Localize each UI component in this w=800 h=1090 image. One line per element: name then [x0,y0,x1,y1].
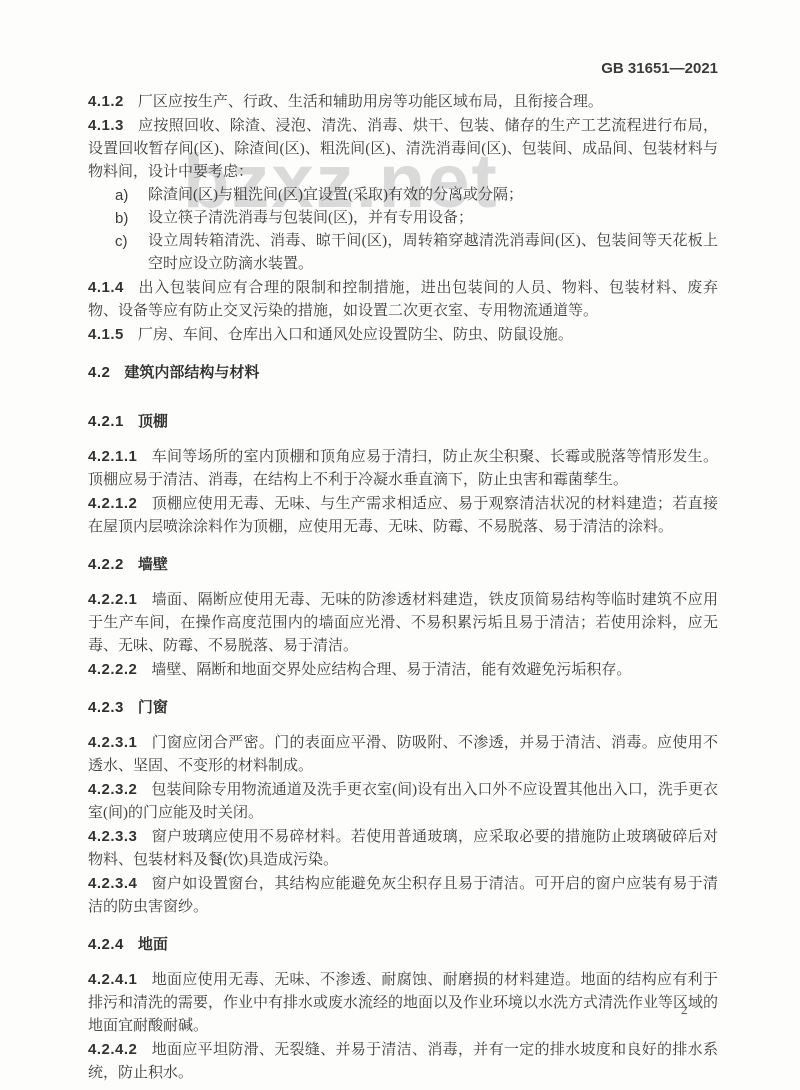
heading-text: 建筑内部结构与材料 [124,364,259,381]
clause-number: 4.1.3 [88,117,124,134]
clause-4-2-1-1: 4.2.1.1车间等场所的室内顶棚和顶角应易于清扫，防止灰尘积聚、长霉或脱落等情… [88,445,718,492]
clause-4-1-5: 4.1.5厂房、车间、仓库出入口和通风处应设置防尘、防虫、防鼠设施。 [88,323,718,347]
clause-4-1-4: 4.1.4出入包装间应有合理的限制和控制措施，进出包装间的人员、物料、包装材料、… [88,276,718,323]
clause-number: 4.1.5 [88,326,124,343]
section-heading-4-2-3: 4.2.3门窗 [88,682,718,731]
clause-4-2-3-3: 4.2.3.3窗户玻璃应使用不易碎材料。若使用普通玻璃，应采取必要的措施防止玻璃… [88,825,718,872]
document-page: bzxz.net GB 31651—2021 4.1.2厂区应按生产、行政、生活… [0,0,800,1090]
list-label: b) [115,207,148,230]
clause-4-2-1-2: 4.2.1.2顶棚应使用无毒、无味、与生产需求相适应、易于观察清洁状况的材料建造… [88,492,718,539]
document-body: 4.1.2厂区应按生产、行政、生活和辅助用房等功能区域布局，且衔接合理。 4.1… [88,90,718,1085]
clause-4-2-2-2: 4.2.2.2墙壁、隔断和地面交界处应结构合理、易于清洁，能有效避免污垢积存。 [88,658,718,682]
list-item-b: b)设立筷子清洗消毒与包装间(区)，并有专用设备； [88,207,718,230]
clause-4-2-3-1: 4.2.3.1门窗应闭合严密。门的表面应平滑、防吸附、不渗透，并易于清洁、消毒。… [88,731,718,778]
clause-text: 墙壁、隔断和地面交界处应结构合理、易于清洁，能有效避免污垢积存。 [151,662,631,678]
section-heading-4-2-2: 4.2.2墙壁 [88,539,718,588]
clause-4-2-4-1: 4.2.4.1地面应使用无毒、无味、不渗透、耐腐蚀、耐磨损的材料建造。地面的结构… [88,968,718,1038]
clause-text: 地面应平坦防滑、无裂缝、并易于清洁、消毒，并有一定的排水坡度和良好的排水系统，防… [88,1042,718,1081]
clause-text: 墙面、隔断应使用无毒、无味的防渗透材料建造，铁皮顶简易结构等临时建筑不应用于生产… [88,592,718,654]
clause-4-2-3-2: 4.2.3.2包装间除专用物流通道及洗手更衣室(间)设有出入口外不应设置其他出入… [88,778,718,825]
clause-text: 车间等场所的室内顶棚和顶角应易于清扫，防止灰尘积聚、长霉或脱落等情形发生。顶棚应… [88,449,718,488]
clause-number: 4.2.4.2 [88,1041,137,1058]
clause-number: 4.2.3.2 [88,781,137,798]
clause-number: 4.1.2 [88,93,124,110]
clause-number: 4.2.1.2 [88,495,137,512]
standard-number: GB 31651—2021 [0,60,718,77]
heading-text: 门窗 [138,699,168,716]
clause-4-2-4-2: 4.2.4.2地面应平坦防滑、无裂缝、并易于清洁、消毒，并有一定的排水坡度和良好… [88,1038,718,1085]
clause-text: 厂房、车间、仓库出入口和通风处应设置防尘、防虫、防鼠设施。 [138,327,573,343]
section-heading-4-2-1: 4.2.1顶棚 [88,396,718,445]
list-label: a) [115,184,148,207]
clause-text: 包装间除专用物流通道及洗手更衣室(间)设有出入口外不应设置其他出入口，洗手更衣室… [88,782,718,821]
clause-4-2-3-4: 4.2.3.4窗户如设置窗台，其结构应能避免灰尘积存且易于清洁。可开启的窗户应装… [88,872,718,919]
list-item-c: c)设立周转箱清洗、消毒、晾干间(区)，周转箱穿越清洗消毒间(区)、包装间等天花… [88,230,718,276]
heading-number: 4.2.2 [88,556,124,573]
list-label: c) [115,230,148,276]
list-item-a: a)除渣间(区)与粗洗间(区)宜设置(采取)有效的分离或分隔； [88,184,718,207]
heading-number: 4.2.4 [88,936,124,953]
clause-text: 出入包装间应有合理的限制和控制措施，进出包装间的人员、物料、包装材料、废弃物、设… [88,280,718,319]
clause-text: 顶棚应使用无毒、无味、与生产需求相适应、易于观察清洁状况的材料建造；若直接在屋顶… [88,496,718,535]
clause-number: 4.2.2.2 [88,661,137,678]
heading-number: 4.2 [88,364,110,381]
heading-text: 地面 [138,936,168,953]
section-heading-4-2-4: 4.2.4地面 [88,919,718,968]
clause-text: 厂区应按生产、行政、生活和辅助用房等功能区域布局，且衔接合理。 [138,94,603,110]
heading-number: 4.2.3 [88,699,124,716]
clause-4-1-3: 4.1.3应按照回收、除渣、浸泡、清洗、消毒、烘干、包装、储存的生产工艺流程进行… [88,114,718,184]
clause-text: 地面应使用无毒、无味、不渗透、耐腐蚀、耐磨损的材料建造。地面的结构应有利于排污和… [88,972,718,1034]
clause-4-1-2: 4.1.2厂区应按生产、行政、生活和辅助用房等功能区域布局，且衔接合理。 [88,90,718,114]
page-number: 2 [681,1002,688,1018]
clause-number: 4.2.3.3 [88,828,137,845]
clause-text: 窗户如设置窗台，其结构应能避免灰尘积存且易于清洁。可开启的窗户应装有易于清洁的防… [88,876,718,915]
list-text: 设立周转箱清洗、消毒、晾干间(区)，周转箱穿越清洗消毒间(区)、包装间等天花板上… [148,230,718,276]
heading-text: 顶棚 [138,413,168,430]
clause-number: 4.2.1.1 [88,448,137,465]
clause-number: 4.1.4 [88,279,124,296]
clause-text: 应按照回收、除渣、浸泡、清洗、消毒、烘干、包装、储存的生产工艺流程进行布局，设置… [88,118,718,180]
heading-number: 4.2.1 [88,413,124,430]
clause-number: 4.2.4.1 [88,971,137,988]
section-heading-4-2: 4.2建筑内部结构与材料 [88,347,718,396]
clause-text: 窗户玻璃应使用不易碎材料。若使用普通玻璃，应采取必要的措施防止玻璃破碎后对物料、… [88,829,718,868]
clause-number: 4.2.3.1 [88,734,137,751]
clause-number: 4.2.2.1 [88,591,137,608]
clause-number: 4.2.3.4 [88,875,137,892]
list-text: 设立筷子清洗消毒与包装间(区)，并有专用设备； [148,207,718,230]
clause-text: 门窗应闭合严密。门的表面应平滑、防吸附、不渗透，并易于清洁、消毒。应使用不透水、… [88,735,718,774]
list-text: 除渣间(区)与粗洗间(区)宜设置(采取)有效的分离或分隔； [148,184,718,207]
heading-text: 墙壁 [138,556,168,573]
clause-4-2-2-1: 4.2.2.1墙面、隔断应使用无毒、无味的防渗透材料建造，铁皮顶简易结构等临时建… [88,588,718,658]
